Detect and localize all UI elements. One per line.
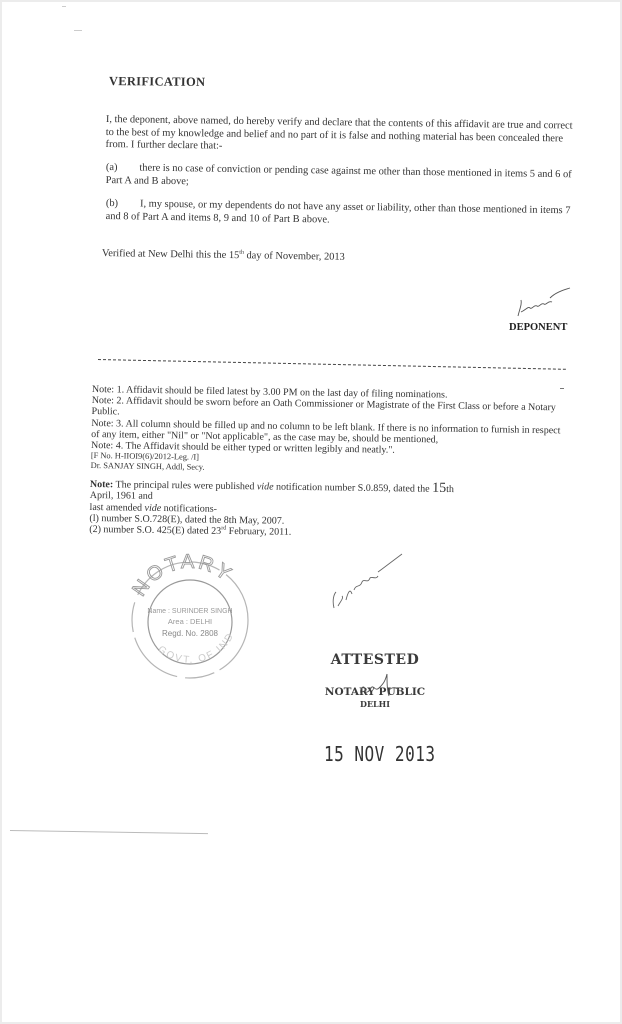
item-text: I, my spouse, or my dependents do not ha… [106, 199, 571, 225]
rules-note: Note: The principal rules were published… [89, 478, 510, 541]
verification-intro: I, the deponent, above named, do hereby … [105, 114, 575, 158]
notes-section: Note: 1. Affidavit should be filed lates… [91, 384, 570, 479]
date-stamp: 15 NOV 2013 [324, 742, 435, 766]
scan-artifact-line [10, 830, 208, 834]
item-label: (a) [106, 162, 118, 173]
item-label: (b) [106, 198, 118, 209]
scan-speck [62, 6, 66, 7]
declaration-item-b: (b)I, my spouse, or my dependents do not… [106, 198, 580, 230]
verification-heading: VERIFICATION [109, 74, 206, 90]
scan-speck [560, 388, 564, 389]
delhi-text: DELHI [320, 699, 430, 709]
affidavit-page: VERIFICATION I, the deponent, above name… [0, 0, 622, 1024]
svg-text:Area : DELHI: Area : DELHI [168, 617, 212, 626]
verified-line: Verified at New Delhi this the 15th day … [102, 248, 345, 264]
notary-signature-icon [322, 548, 412, 618]
svg-text:Name : SURINDER SINGH: Name : SURINDER SINGH [147, 608, 232, 615]
notary-seal-icon: NOTARY GOVT. OF INDIA Name : SURINDER SI… [120, 550, 260, 685]
attested-text: ATTESTED [320, 652, 430, 668]
item-text: there is no case of conviction or pendin… [106, 163, 572, 187]
svg-text:Regd. No. 2808: Regd. No. 2808 [162, 629, 219, 638]
deponent-label: DEPONENT [509, 322, 567, 333]
scan-speck [74, 30, 82, 31]
dashed-divider [98, 359, 566, 370]
attest-signature-icon [357, 672, 407, 700]
deponent-signature-icon [512, 286, 572, 322]
declaration-item-a: (a)there is no case of conviction or pen… [106, 162, 580, 194]
